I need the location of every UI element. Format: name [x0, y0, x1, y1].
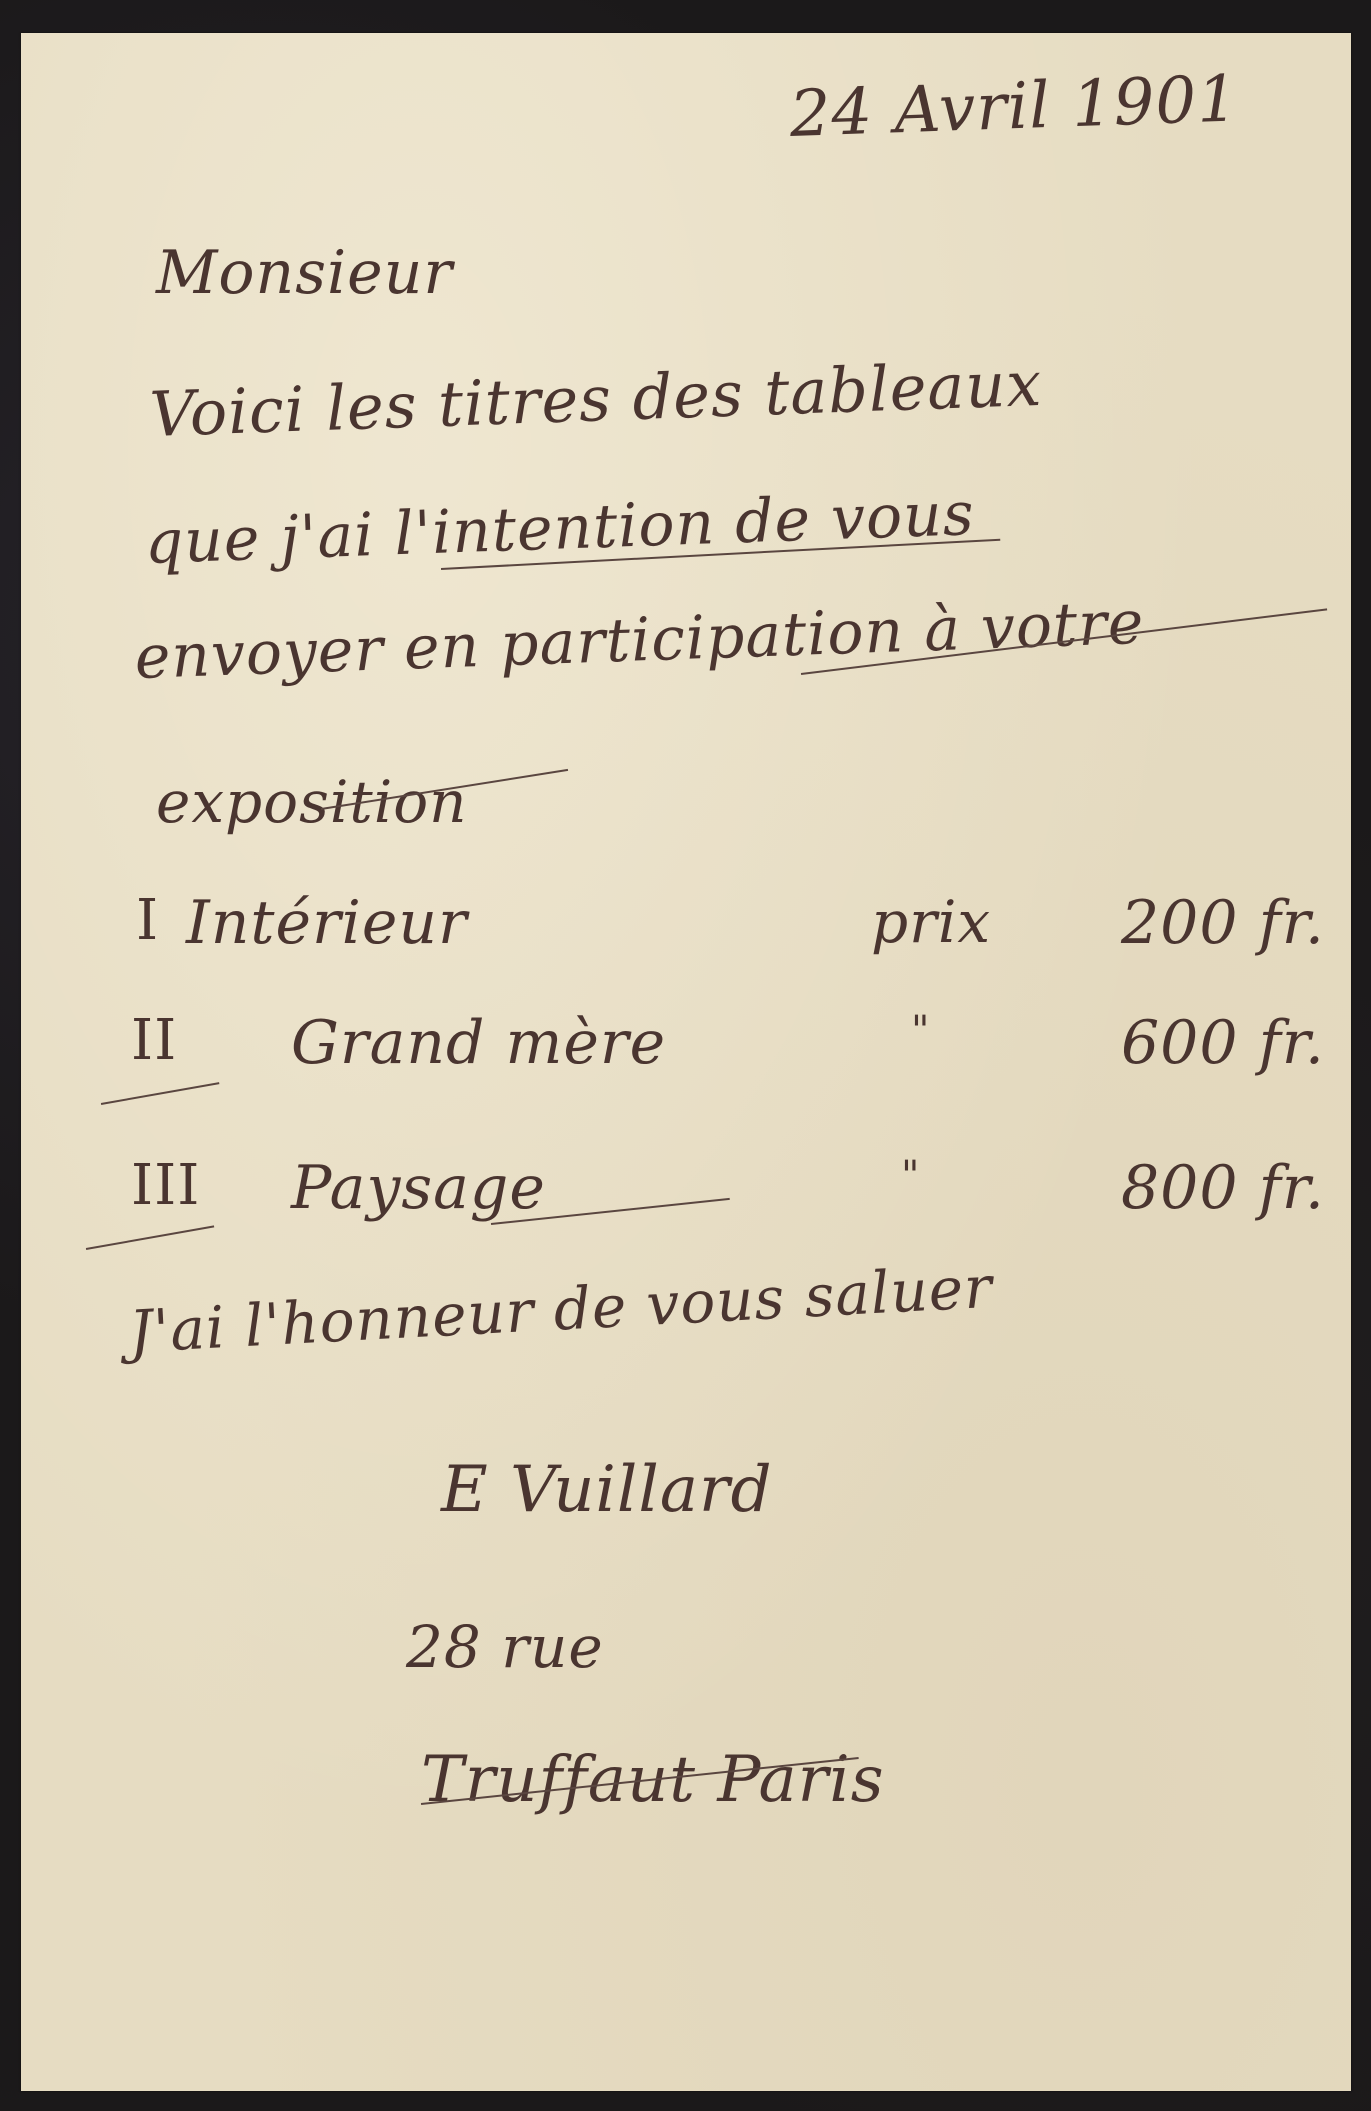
body-line-4: exposition [156, 768, 468, 836]
body-line-3: envoyer en participation à votre [134, 588, 1146, 693]
item-title: Grand mère [291, 1008, 666, 1078]
item-price: 200 fr. [1121, 888, 1325, 958]
painting-list-item: III Paysage " 800 fr. [21, 1153, 1351, 1273]
signature: E Vuillard [441, 1453, 773, 1527]
body-line-1: Voici les titres des tableaux [148, 347, 1043, 451]
item-title: Paysage [291, 1153, 546, 1223]
letter-date: 24 Avril 1901 [788, 62, 1240, 152]
ditto-mark: " [911, 1008, 935, 1054]
painting-list-item: II Grand mère " 600 fr. [21, 1008, 1351, 1128]
ditto-mark: " [901, 1153, 925, 1199]
item-price: 600 fr. [1121, 1008, 1325, 1078]
item-price-label: prix [871, 888, 991, 956]
item-number: II [131, 1008, 177, 1073]
painting-list-item: I Intérieur prix 200 fr. [21, 888, 1351, 1008]
salutation: Monsieur [156, 238, 453, 308]
item-number: I [136, 888, 159, 953]
item-number: III [131, 1153, 200, 1218]
item-price: 800 fr. [1121, 1153, 1325, 1223]
letter-sheet: 24 Avril 1901 Monsieur Voici les titres … [21, 33, 1351, 2091]
address-street: 28 rue [406, 1613, 604, 1681]
item-title: Intérieur [186, 888, 468, 958]
